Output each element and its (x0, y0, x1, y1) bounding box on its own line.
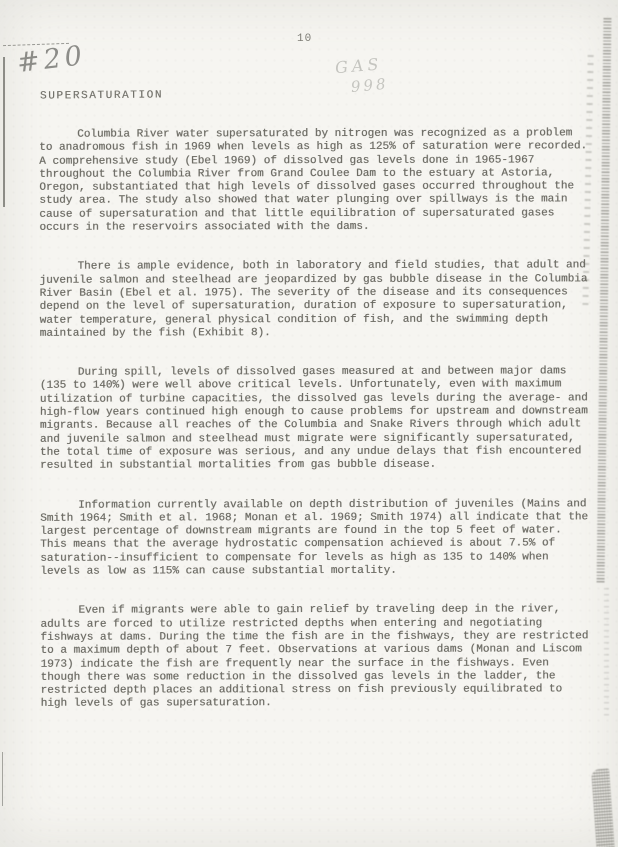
paragraph-spill-gas-levels: During spill, levels of dissolved gases … (40, 365, 592, 473)
scanned-document-page: #20 10 GAS 998 SUPERSATURATION Columbia … (0, 0, 618, 847)
paragraph-gas-bubble-disease-evidence: There is ample evidence, both in laborat… (40, 260, 592, 341)
page-number: 10 (297, 33, 312, 45)
paragraph-depth-distribution: Information currently available on depth… (40, 498, 592, 579)
right-edge-smudge-strip (597, 18, 612, 583)
right-edge-faint-marks (582, 55, 593, 310)
handwritten-stamp: GAS 998 (334, 54, 389, 98)
paragraph-supersaturation-history: Columbia River water supersaturated by n… (39, 127, 591, 235)
section-heading: SUPERSATURATION (40, 89, 163, 103)
right-edge-lower-marks (604, 588, 609, 718)
pen-bracket-left-line (3, 57, 5, 207)
stamp-number: 998 (350, 74, 389, 97)
paragraph-fishway-depth-restriction: Even if migrants were able to gain relie… (40, 604, 592, 712)
document-body: Columbia River water supersaturated by n… (39, 127, 593, 737)
left-edge-scan-line (2, 752, 3, 806)
handwritten-corner-mark: #20 (15, 40, 87, 79)
bottom-right-smudge (591, 768, 615, 847)
